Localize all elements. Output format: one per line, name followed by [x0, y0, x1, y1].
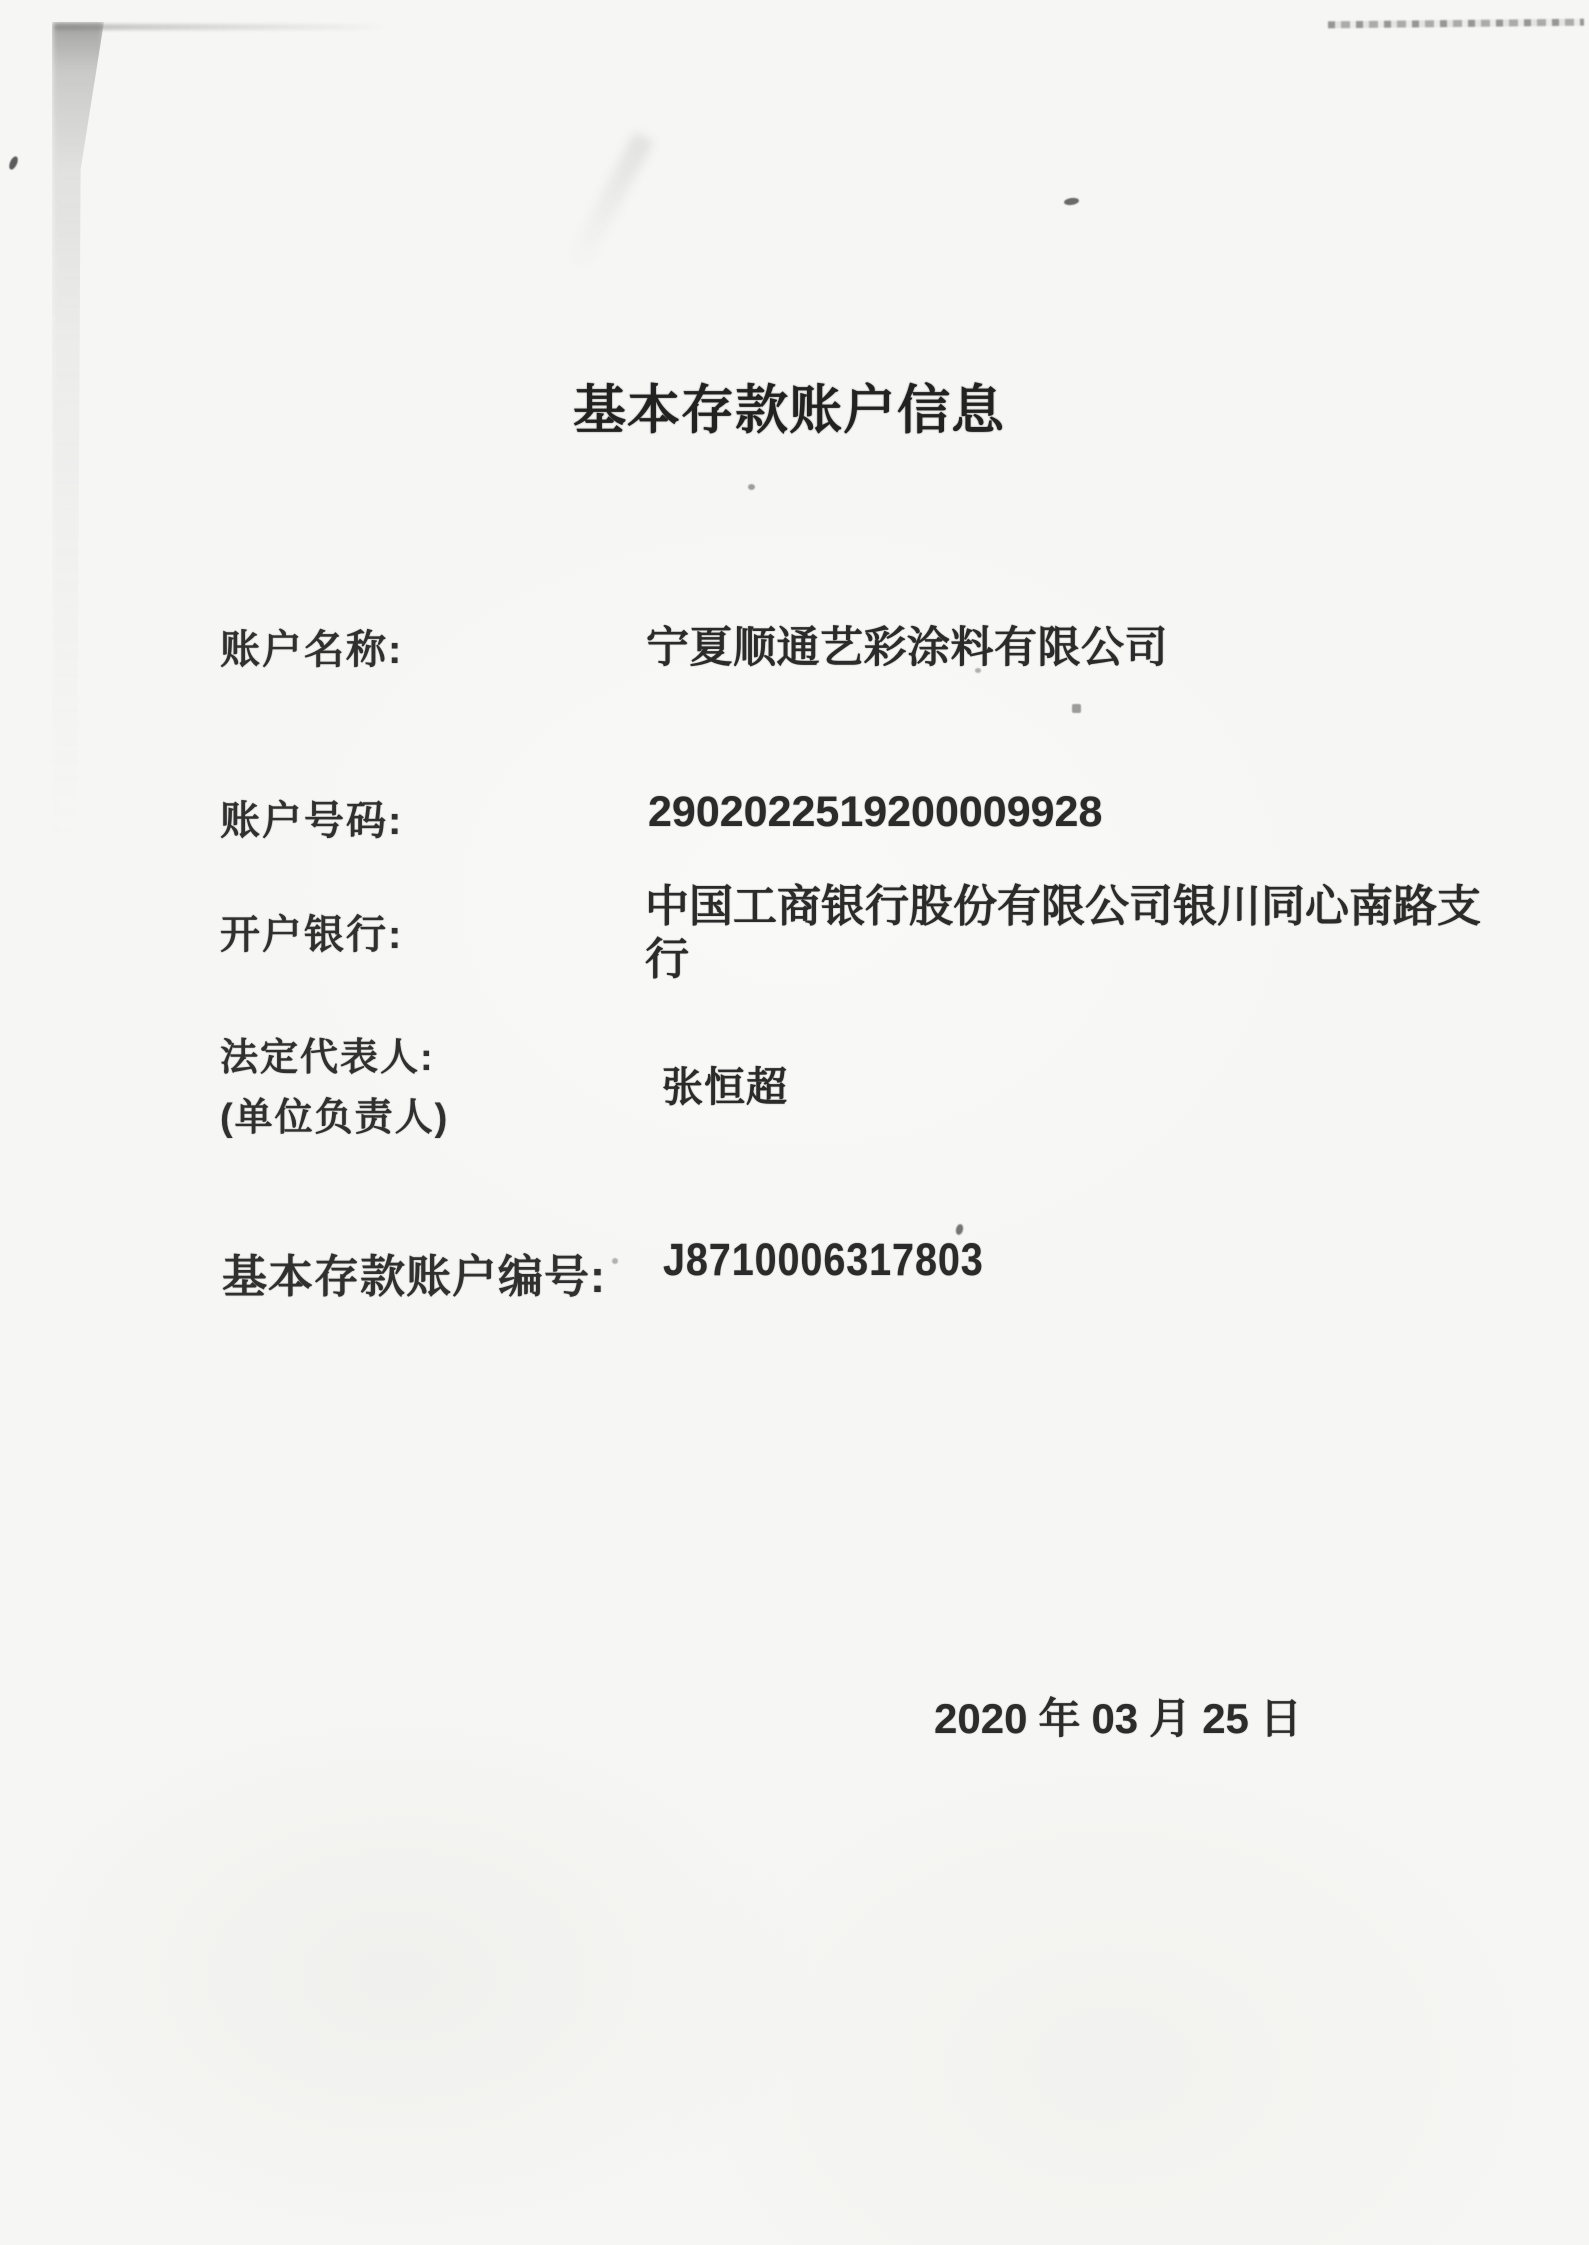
- ink-speck-left-edge: [7, 155, 19, 171]
- field-label-account-name: 账户名称:: [220, 618, 403, 675]
- field-label-basic-account-id: 基本存款账户编号:: [222, 1240, 606, 1305]
- field-value-legal-representative: 张恒超: [662, 1054, 788, 1113]
- ink-speck-row5-left: [612, 1258, 618, 1264]
- ink-speck-upper-right: [1064, 197, 1080, 206]
- field-sublabel-unit-head: (单位负责人): [220, 1086, 449, 1141]
- field-value-account-name: 宁夏顺通艺彩涂料有限公司: [646, 614, 1168, 675]
- scanned-document: 基本存款账户信息 账户名称: 宁夏顺通艺彩涂料有限公司 账户号码: 290202…: [0, 0, 1589, 2245]
- scan-streak-top-middle: [564, 132, 654, 275]
- field-label-bank: 开户银行:: [220, 903, 403, 960]
- document-title: 基本存款账户信息: [0, 368, 1578, 444]
- field-value-basic-account-id: J8710006317803: [663, 1234, 984, 1286]
- field-value-bank: 中国工商银行股份有限公司银川同心南路支行: [645, 880, 1511, 986]
- field-label-account-number: 账户号码:: [220, 789, 403, 846]
- ink-speck-below-company-2: [1072, 704, 1081, 713]
- date-month-unit: 月: [1149, 1686, 1191, 1746]
- issue-date: 2020 年 03 月 25 日: [934, 1686, 1302, 1746]
- date-day: 25: [1202, 1695, 1249, 1743]
- field-label-legal-representative: 法定代表人:: [220, 1026, 435, 1081]
- date-year: 2020: [934, 1695, 1027, 1743]
- scan-dust-line-top-left: [55, 24, 390, 30]
- date-month: 03: [1091, 1695, 1138, 1743]
- field-value-account-number: 2902022519200009928: [648, 788, 1102, 837]
- scan-dust-line-top-right: [1328, 19, 1584, 29]
- date-day-unit: 日: [1260, 1686, 1302, 1746]
- ink-speck-under-title: [748, 484, 755, 490]
- date-year-unit: 年: [1038, 1686, 1080, 1746]
